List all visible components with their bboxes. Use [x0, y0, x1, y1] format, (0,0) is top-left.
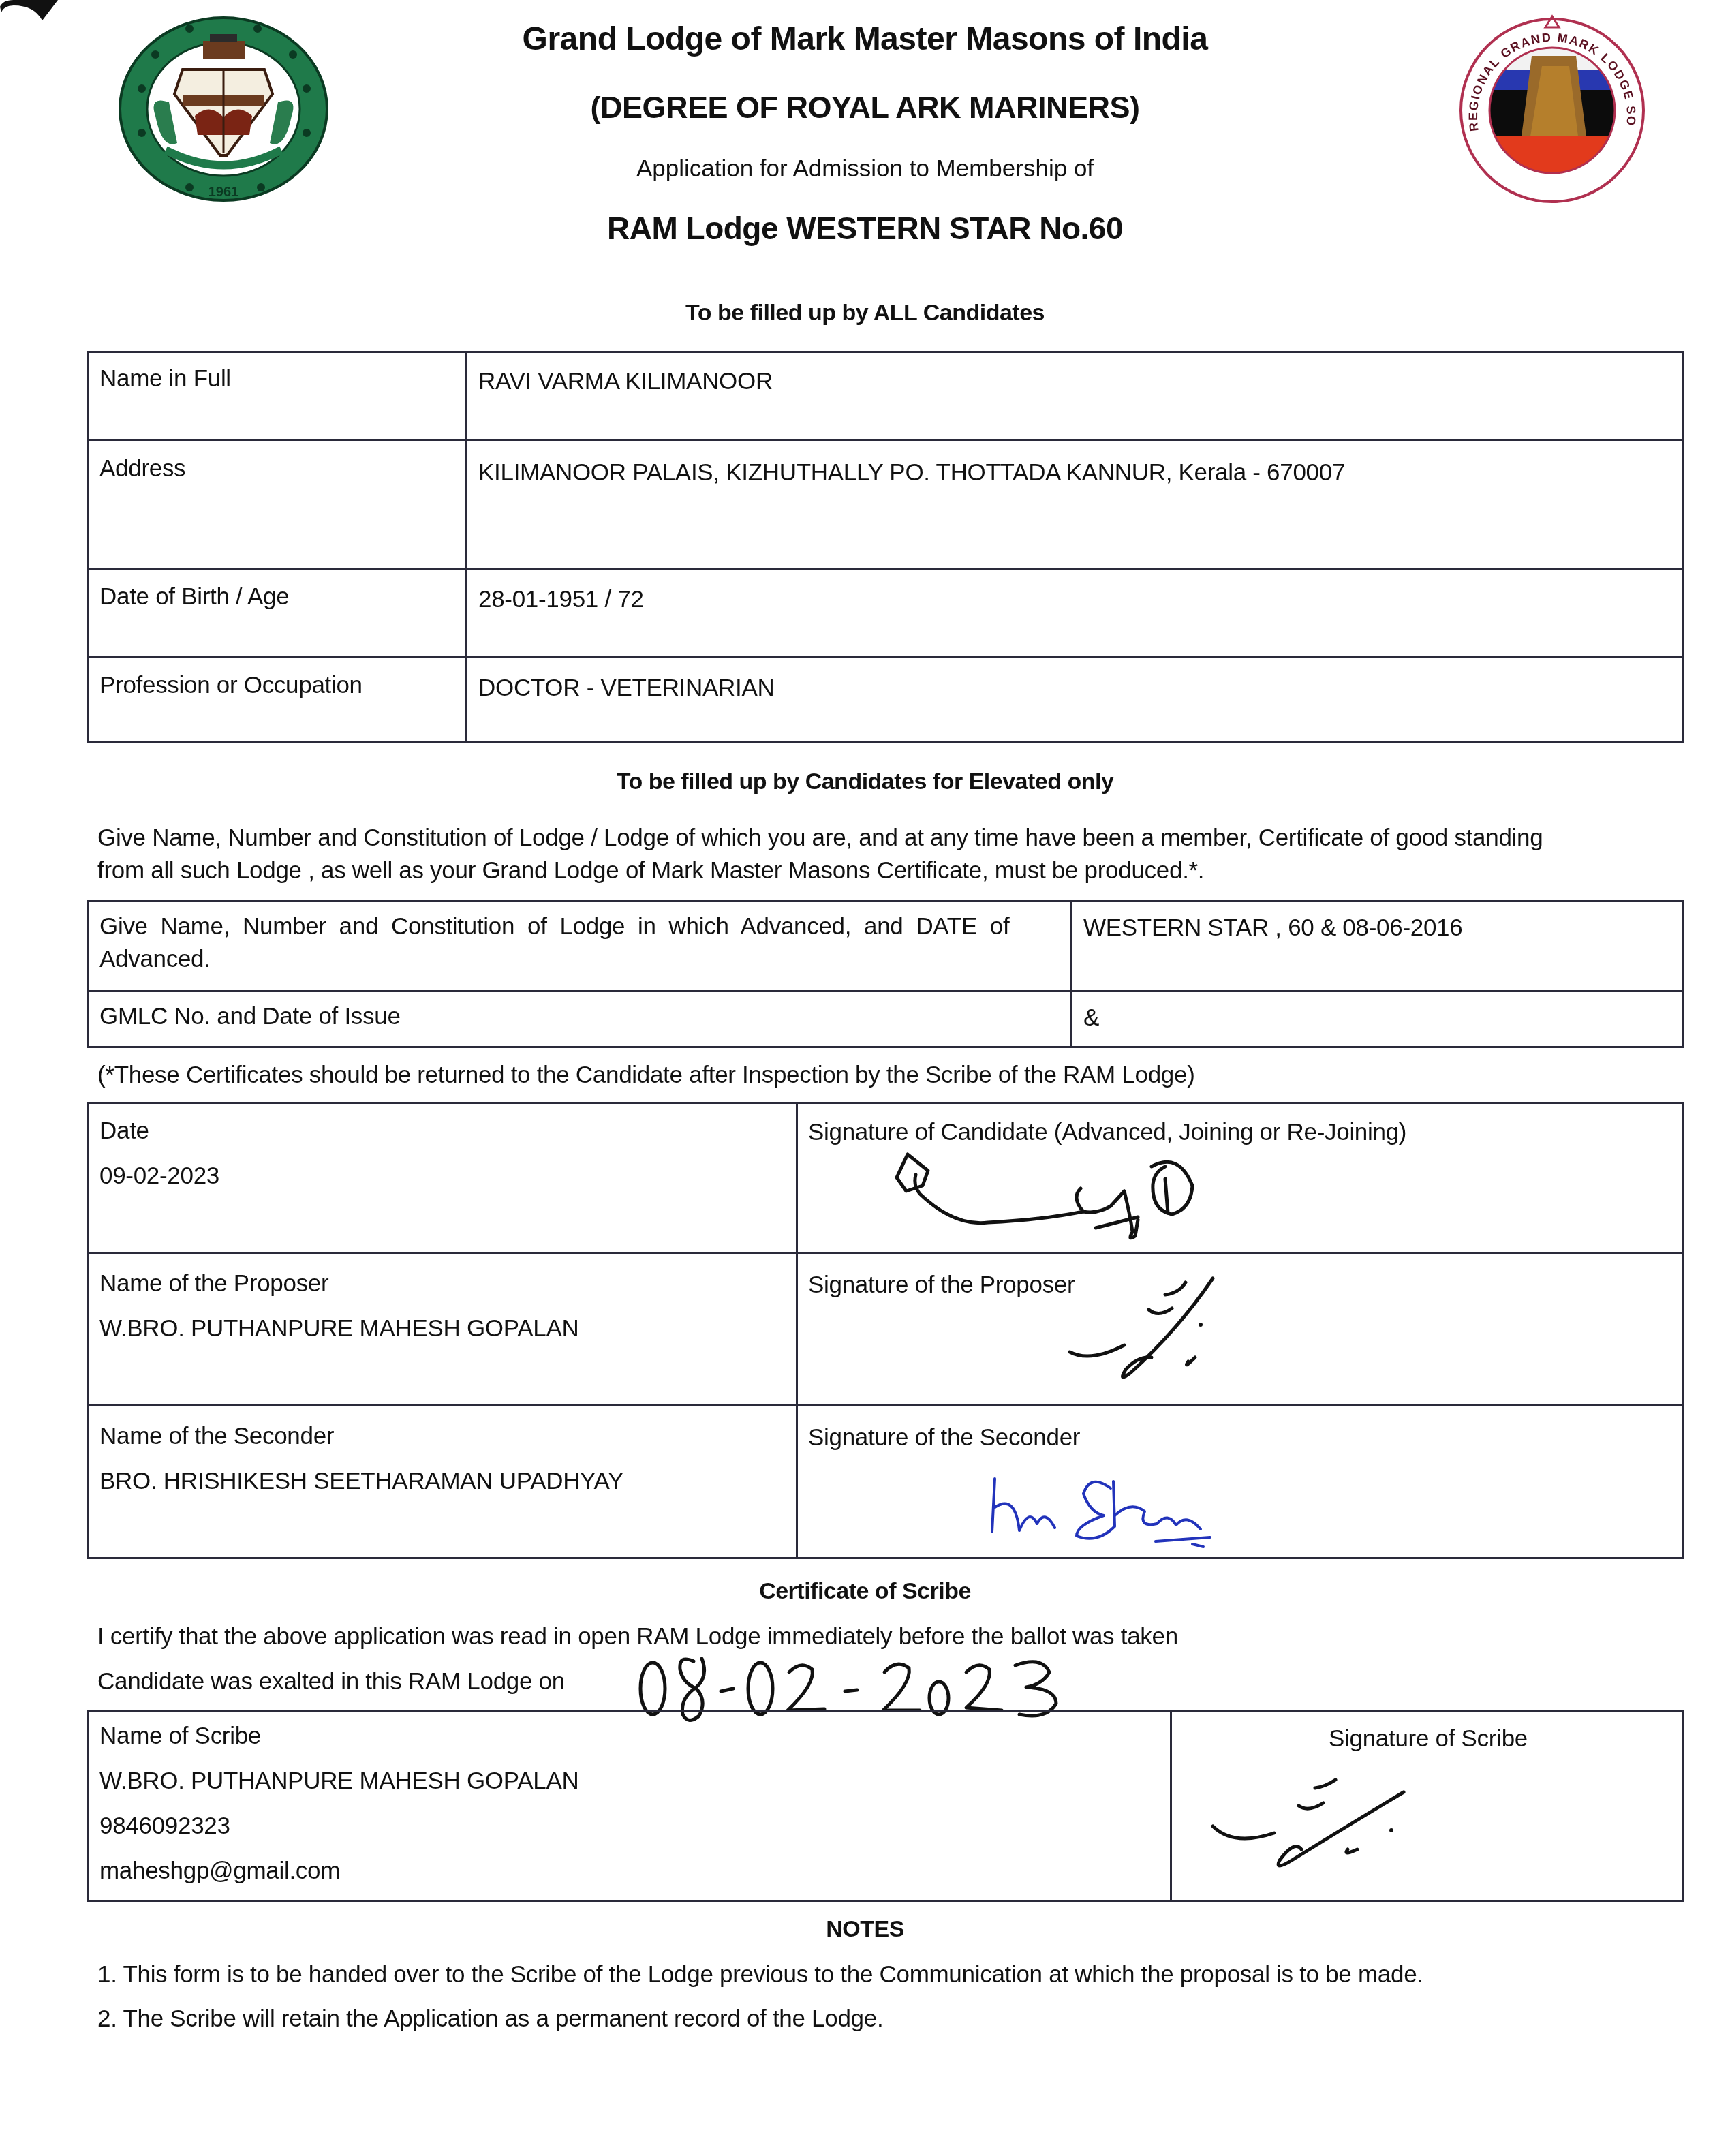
application-subtitle: Application for Admission to Membership … [0, 155, 1730, 183]
certificates-footnote: (*These Certificates should be returned … [97, 1062, 1195, 1089]
value-profession: DOCTOR - VETERINARIAN [478, 675, 774, 702]
label-lodge-advanced-line-1: Give Name, Number and Constitution of Lo… [99, 913, 1009, 940]
seconder-signature-mark [988, 1473, 1233, 1548]
label-candidate-signature: Signature of Candidate (Advanced, Joinin… [808, 1119, 1406, 1146]
scan-corner-artifact [0, 0, 61, 19]
label-address: Address [99, 455, 185, 482]
notes-heading: NOTES [0, 1916, 1730, 1943]
label-date-of-birth-age: Date of Birth / Age [99, 583, 289, 611]
label-proposer-name: Name of the Proposer [99, 1270, 328, 1297]
value-date-of-birth-age: 28-01-1951 / 72 [478, 586, 644, 613]
organization-title: Grand Lodge of Mark Master Masons of Ind… [0, 20, 1730, 58]
label-proposer-signature: Signature of the Proposer [808, 1272, 1075, 1299]
scribe-certify-text: I certify that the above application was… [97, 1623, 1178, 1650]
value-proposer-name: W.BRO. PUTHANPURE MAHESH GOPALAN [99, 1315, 578, 1342]
scribe-signature-mark [1199, 1765, 1581, 1881]
note-item-2: 2. The Scribe will retain the Applicatio… [97, 2005, 883, 2033]
value-gmlc-number: & [1083, 1004, 1099, 1032]
value-date: 09-02-2023 [99, 1162, 219, 1190]
svg-text:1961: 1961 [208, 185, 239, 200]
label-lodge-advanced-line-2: Advanced. [99, 946, 211, 973]
lodge-name: RAM Lodge WESTERN STAR No.60 [0, 210, 1730, 247]
value-scribe-email: maheshgp@gmail.com [99, 1858, 340, 1885]
elevated-instruction-line-1: Give Name, Number and Constitution of Lo… [97, 825, 1543, 852]
value-address: KILIMANOOR PALAIS, KIZHUTHALLY PO. THOTT… [478, 459, 1345, 487]
section-heading-elevated: To be filled up by Candidates for Elevat… [0, 769, 1730, 795]
label-scribe-signature: Signature of Scribe [1172, 1725, 1684, 1753]
label-profession: Profession or Occupation [99, 672, 362, 699]
value-scribe-name: W.BRO. PUTHANPURE MAHESH GOPALAN [99, 1768, 578, 1795]
value-name-in-full: RAVI VARMA KILIMANOOR [478, 368, 773, 395]
degree-title: (DEGREE OF ROYAL ARK MARINERS) [0, 90, 1730, 125]
elevated-instruction-line-2: from all such Lodge , as well as your Gr… [97, 857, 1204, 884]
candidate-signature-mark [893, 1152, 1206, 1247]
scribe-certificate-heading: Certificate of Scribe [0, 1578, 1730, 1605]
label-seconder-name: Name of the Seconder [99, 1423, 334, 1450]
value-lodge-advanced: WESTERN STAR , 60 & 08-06-2016 [1083, 914, 1462, 942]
label-date: Date [99, 1118, 149, 1145]
handwritten-exalted-date [634, 1649, 1111, 1724]
value-scribe-phone: 9846092323 [99, 1813, 230, 1840]
proposer-signature-mark [1049, 1267, 1417, 1383]
label-name-in-full: Name in Full [99, 365, 231, 392]
note-item-1: 1. This form is to be handed over to the… [97, 1961, 1423, 1988]
label-scribe-name: Name of Scribe [99, 1723, 261, 1750]
scribe-exalted-text: Candidate was exalted in this RAM Lodge … [97, 1668, 565, 1695]
section-heading-all-candidates: To be filled up by ALL Candidates [0, 300, 1730, 326]
value-seconder-name: BRO. HRISHIKESH SEETHARAMAN UPADHYAY [99, 1468, 623, 1495]
label-seconder-signature: Signature of the Seconder [808, 1424, 1080, 1451]
label-gmlc-number: GMLC No. and Date of Issue [99, 1003, 401, 1030]
